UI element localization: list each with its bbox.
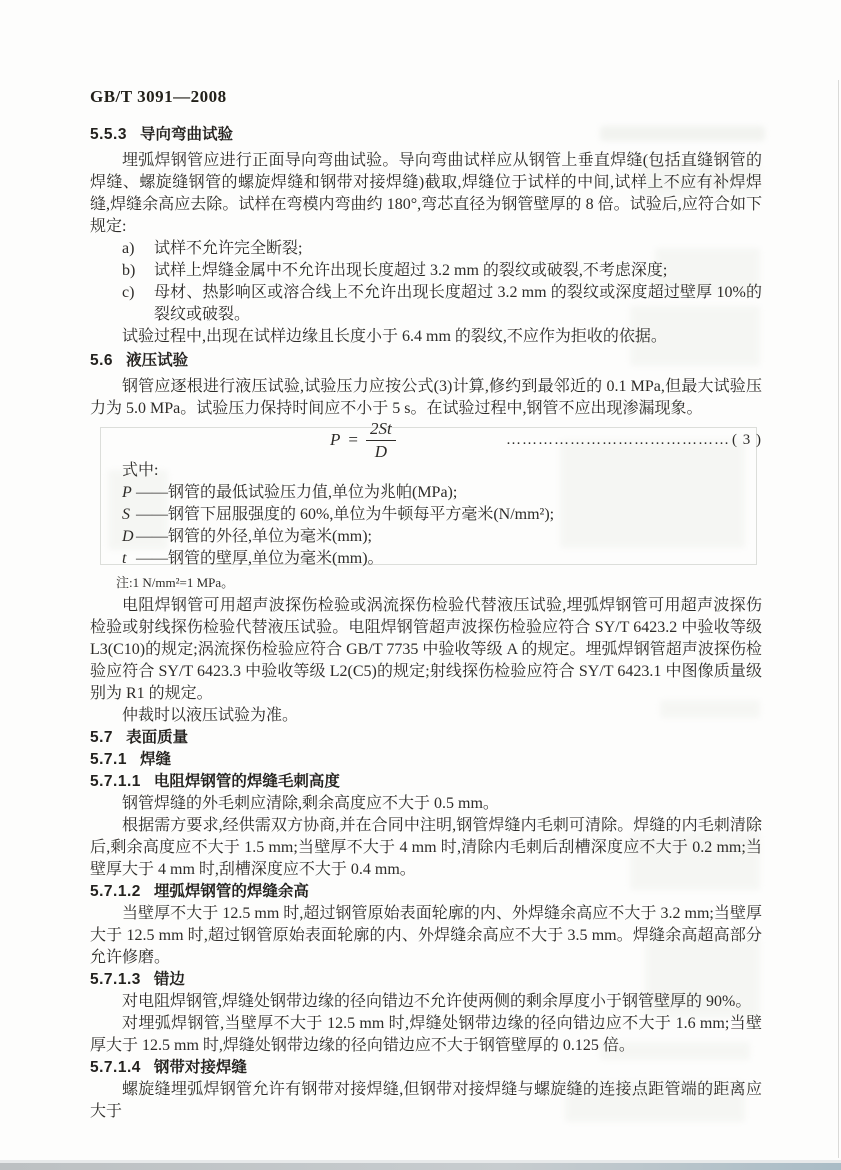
- dots: ……………………………………: [506, 432, 730, 448]
- clause-title: 导向弯曲试验: [140, 126, 233, 143]
- variable-description: ——钢管的外径,单位为毫米(mm);: [136, 528, 372, 545]
- paragraph: 根据需方要求,经供需双方协商,并在合同中注明,钢管焊缝内毛刺可清除。焊缝的内毛刺…: [90, 815, 762, 881]
- clause-number: 5.7.1.3: [90, 971, 141, 988]
- clause-number: 5.7: [90, 729, 113, 746]
- variable-description: ——钢管的壁厚,单位为毫米(mm)。: [136, 550, 384, 567]
- clause-number: 5.7.1: [90, 751, 127, 768]
- clause-title: 焊缝: [140, 751, 171, 768]
- variable-description: ——钢管下屈服强度的 60%,单位为牛顿每平方毫米(N/mm²);: [136, 506, 554, 523]
- clause-number: 5.5.3: [90, 126, 127, 143]
- dot-leader: ……………………………………( 3 ): [396, 429, 762, 451]
- section-heading-5-7: 5.7表面质量: [90, 727, 762, 749]
- section-heading-5-7-1-1: 5.7.1.1电阻焊钢管的焊缝毛刺高度: [90, 771, 762, 793]
- clause-title: 液压试验: [126, 352, 188, 369]
- section-heading-5-7-1: 5.7.1焊缝: [90, 749, 762, 771]
- paragraph: 当壁厚不大于 12.5 mm 时,超过钢管原始表面轮廓的内、外焊缝余高应不大于 …: [90, 903, 762, 969]
- formula-lhs: P: [330, 429, 340, 451]
- paragraph: 螺旋缝埋弧焊钢管允许有钢带对接焊缝,但钢带对接焊缝与螺旋缝的连接点距管端的距离应…: [90, 1079, 762, 1123]
- paragraph: 钢管焊缝的外毛刺应清除,剩余高度应不大于 0.5 mm。: [90, 793, 762, 815]
- section-heading-5-6: 5.6液压试验: [90, 350, 762, 372]
- paragraph: 钢管应逐根进行液压试验,试验压力应按公式(3)计算,修约到最邻近的 0.1 MP…: [90, 376, 762, 420]
- equals-sign: =: [348, 429, 358, 451]
- section-heading-5-5-3: 5.5.3导向弯曲试验: [90, 124, 762, 146]
- list-item-b: b)试样上焊缝金属中不允许出现长度超过 3.2 mm 的裂纹或破裂,不考虑深度;: [90, 260, 762, 282]
- list-item-c: c)母材、热影响区或溶合线上不允许出现长度超过 3.2 mm 的裂纹或深度超过壁…: [90, 282, 762, 326]
- list-item-a: a)试样不允许完全断裂;: [90, 238, 762, 260]
- list-item-label: b): [122, 260, 154, 282]
- equation-3: P = 2St D ……………………………………( 3 ): [90, 420, 762, 460]
- paragraph: 埋弧焊钢管应进行正面导向弯曲试验。导向弯曲试样应从钢管上垂直焊缝(包括直缝钢管的…: [90, 150, 762, 238]
- list-item-text: 试样不允许完全断裂;: [154, 240, 302, 257]
- section-heading-5-7-1-4: 5.7.1.4钢带对接焊缝: [90, 1057, 762, 1079]
- variable-symbol: t: [122, 548, 136, 570]
- note: 注:1 N/mm²=1 MPa。: [90, 573, 762, 592]
- definition-P: P——钢管的最低试验压力值,单位为兆帕(MPa);: [90, 482, 762, 504]
- page-right-edge: [838, 80, 839, 1158]
- definition-D: D——钢管的外径,单位为毫米(mm);: [90, 526, 762, 548]
- page-bottom-edge: [0, 1163, 841, 1170]
- list-item-label: c): [122, 282, 154, 304]
- clause-title: 电阻焊钢管的焊缝毛刺高度: [154, 773, 340, 790]
- clause-number: 5.7.1.4: [90, 1059, 141, 1076]
- document-body: GB/T 3091—2008 5.5.3导向弯曲试验 埋弧焊钢管应进行正面导向弯…: [90, 86, 762, 1123]
- definition-S: S——钢管下屈服强度的 60%,单位为牛顿每平方毫米(N/mm²);: [90, 504, 762, 526]
- variable-symbol: P: [122, 482, 136, 504]
- clause-number: 5.7.1.2: [90, 883, 141, 900]
- formula: P = 2St D: [330, 419, 396, 461]
- variable-description: ——钢管的最低试验压力值,单位为兆帕(MPa);: [136, 484, 457, 501]
- clause-title: 埋弧焊钢管的焊缝余高: [154, 883, 309, 900]
- variable-symbol: D: [122, 526, 136, 548]
- where-label: 式中:: [90, 460, 762, 482]
- fraction-denominator: D: [366, 440, 396, 462]
- clause-title: 错边: [154, 971, 185, 988]
- section-heading-5-7-1-2: 5.7.1.2埋弧焊钢管的焊缝余高: [90, 881, 762, 903]
- fraction-numerator: 2St: [366, 419, 396, 440]
- equation-number: ( 3 ): [732, 432, 762, 448]
- clause-number: 5.7.1.1: [90, 773, 141, 790]
- list-item-label: a): [122, 238, 154, 260]
- paragraph: 对埋弧焊钢管,当壁厚不大于 12.5 mm 时,焊缝处钢带边缘的径向错边应不大于…: [90, 1013, 762, 1057]
- paragraph: 仲裁时以液压试验为准。: [90, 705, 762, 727]
- scanned-document-page: GB/T 3091—2008 5.5.3导向弯曲试验 埋弧焊钢管应进行正面导向弯…: [0, 0, 841, 1170]
- clause-number: 5.6: [90, 352, 113, 369]
- paragraph: 试验过程中,出现在试样边缘且长度小于 6.4 mm 的裂纹,不应作为拒收的依据。: [90, 326, 762, 348]
- ordered-list: a)试样不允许完全断裂; b)试样上焊缝金属中不允许出现长度超过 3.2 mm …: [90, 238, 762, 326]
- list-item-text: 试样上焊缝金属中不允许出现长度超过 3.2 mm 的裂纹或破裂,不考虑深度;: [154, 262, 667, 279]
- definition-t: t——钢管的壁厚,单位为毫米(mm)。: [90, 548, 762, 570]
- standard-code: GB/T 3091—2008: [90, 86, 762, 108]
- variable-symbol: S: [122, 504, 136, 526]
- clause-title: 钢带对接焊缝: [154, 1059, 247, 1076]
- clause-title: 表面质量: [126, 729, 188, 746]
- list-item-text: 母材、热影响区或溶合线上不允许出现长度超过 3.2 mm 的裂纹或深度超过壁厚 …: [154, 284, 762, 323]
- section-heading-5-7-1-3: 5.7.1.3错边: [90, 969, 762, 991]
- paragraph: 电阻焊钢管可用超声波探伤检验或涡流探伤检验代替液压试验,埋弧焊钢管可用超声波探伤…: [90, 595, 762, 705]
- paragraph: 对电阻焊钢管,焊缝处钢带边缘的径向错边不允许使两侧的剩余厚度小于钢管壁厚的 90…: [90, 991, 762, 1013]
- fraction: 2St D: [366, 419, 396, 461]
